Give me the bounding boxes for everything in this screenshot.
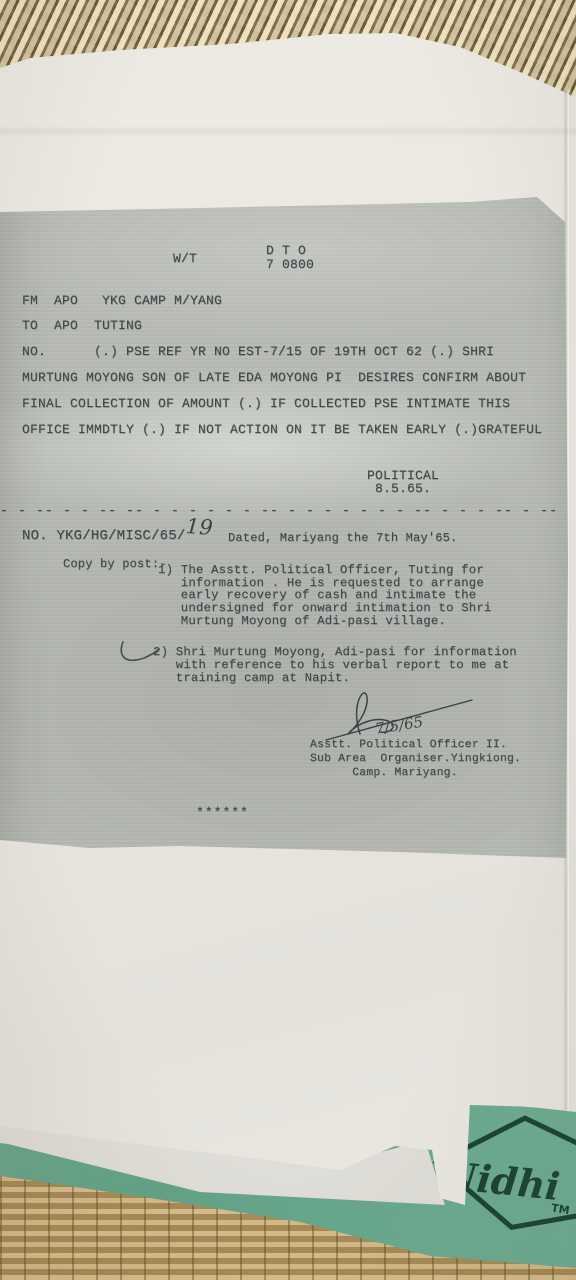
copy-item-2: 2) Shri Murtung Moyong, Adi-pasi for inf… (153, 646, 517, 684)
photo-of-telegram-document: Nidhi TM W/T D T O 7 0800 FM APO YKG CAM… (0, 0, 576, 1280)
handwritten-tick-mark (116, 640, 160, 670)
copy-item-1: 1) The Asstt. Political Officer, Tuting … (158, 564, 492, 628)
footer-asterisks: ****** (196, 800, 249, 826)
copy-by-post-heading: Copy by post:- (63, 551, 167, 577)
handwritten-signature-date: 7/5/65 (374, 713, 425, 738)
reference-number: NO. YKG/HG/MISC/65/ (22, 523, 185, 549)
office-designation-block: POLITICAL 8.5.65. (367, 469, 439, 495)
wt-label: W/T (173, 246, 197, 272)
date-line: Dated, Mariyang the 7th May'65. (228, 525, 457, 551)
dashed-divider-rule: - - -- - - -- -- - - - - - - -- - - - - … (0, 498, 576, 524)
handwritten-serial-number: 19 (185, 514, 213, 540)
dto-time-group: D T O 7 0800 (266, 244, 314, 271)
signature-designation-block: Asstt. Political Officer II. Sub Area Or… (310, 738, 521, 780)
nidhi-tm-mark: TM (550, 1201, 570, 1217)
to-line: TO APO TUTING (22, 313, 142, 339)
telegram-message-body: NO. (.) PSE REF YR NO EST-7/15 OF 19TH O… (22, 339, 542, 443)
signature-scrawl: 7/5/65 (320, 682, 485, 744)
from-line: FM APO YKG CAMP M/YANG (22, 288, 222, 314)
